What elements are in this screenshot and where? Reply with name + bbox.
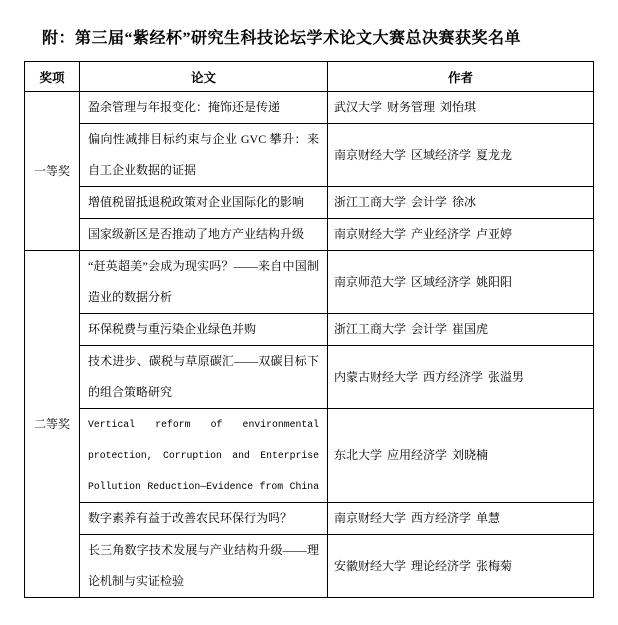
table-body: 一等奖盈余管理与年报变化：掩饰还是传递武汉大学 财务管理 刘怡琪偏向性减排目标约…	[25, 92, 594, 598]
paper-cell: 数字素养有益于改善农民环保行为吗？	[80, 503, 328, 535]
table-row: 环保税费与重污染企业绿色并购浙江工商大学 会计学 崔国虎	[25, 314, 594, 346]
author-cell: 内蒙古财经大学 西方经济学 张溢男	[328, 346, 594, 409]
table-row: 二等奖“赶英超美”会成为现实吗？——来自中国制造业的数据分析南京师范大学 区域经…	[25, 251, 594, 314]
award-group-cell: 一等奖	[25, 92, 80, 251]
author-cell: 浙江工商大学 会计学 徐冰	[328, 187, 594, 219]
table-row: 长三角数字技术发展与产业结构升级——理论机制与实证检验安徽财经大学 理论经济学 …	[25, 535, 594, 598]
author-cell: 南京财经大学 区域经济学 夏龙龙	[328, 124, 594, 187]
paper-cell: 技术进步、碳税与草原碳汇——双碳目标下的组合策略研究	[80, 346, 328, 409]
paper-cell: 偏向性减排目标约束与企业 GVC 攀升：来自工企业数据的证据	[80, 124, 328, 187]
author-cell: 南京财经大学 产业经济学 卢亚婷	[328, 219, 594, 251]
paper-cell: Vertical reform of environmental protect…	[80, 409, 328, 503]
paper-cell: 长三角数字技术发展与产业结构升级——理论机制与实证检验	[80, 535, 328, 598]
header-cell-author: 作者	[328, 62, 594, 92]
header-cell-paper: 论文	[80, 62, 328, 92]
author-cell: 南京师范大学 区域经济学 姚阳阳	[328, 251, 594, 314]
award-group-cell: 二等奖	[25, 251, 80, 598]
table-row: 增值税留抵退税政策对企业国际化的影响浙江工商大学 会计学 徐冰	[25, 187, 594, 219]
table-row: 国家级新区是否推动了地方产业结构升级南京财经大学 产业经济学 卢亚婷	[25, 219, 594, 251]
awards-table: 奖项 论文 作者 一等奖盈余管理与年报变化：掩饰还是传递武汉大学 财务管理 刘怡…	[24, 61, 594, 598]
page-title: 附：第三届“紫经杯”研究生科技论坛学术论文大赛总决赛获奖名单	[42, 29, 618, 48]
table-row: 一等奖盈余管理与年报变化：掩饰还是传递武汉大学 财务管理 刘怡琪	[25, 92, 594, 124]
table-header-row: 奖项 论文 作者	[25, 62, 594, 92]
table-row: 数字素养有益于改善农民环保行为吗？南京财经大学 西方经济学 单慧	[25, 503, 594, 535]
paper-cell: 盈余管理与年报变化：掩饰还是传递	[80, 92, 328, 124]
author-cell: 安徽财经大学 理论经济学 张梅菊	[328, 535, 594, 598]
table-row: 偏向性减排目标约束与企业 GVC 攀升：来自工企业数据的证据南京财经大学 区域经…	[25, 124, 594, 187]
header-cell-award: 奖项	[25, 62, 80, 92]
paper-cell: 增值税留抵退税政策对企业国际化的影响	[80, 187, 328, 219]
author-cell: 东北大学 应用经济学 刘晓楠	[328, 409, 594, 503]
author-cell: 浙江工商大学 会计学 崔国虎	[328, 314, 594, 346]
author-cell: 武汉大学 财务管理 刘怡琪	[328, 92, 594, 124]
paper-cell: 环保税费与重污染企业绿色并购	[80, 314, 328, 346]
paper-cell: 国家级新区是否推动了地方产业结构升级	[80, 219, 328, 251]
document-page: { "page": { "title": "附：第三届“紫经杯”研究生科技论坛学…	[0, 0, 618, 625]
author-cell: 南京财经大学 西方经济学 单慧	[328, 503, 594, 535]
paper-cell: “赶英超美”会成为现实吗？——来自中国制造业的数据分析	[80, 251, 328, 314]
table-row: 技术进步、碳税与草原碳汇——双碳目标下的组合策略研究内蒙古财经大学 西方经济学 …	[25, 346, 594, 409]
table-row: Vertical reform of environmental protect…	[25, 409, 594, 503]
